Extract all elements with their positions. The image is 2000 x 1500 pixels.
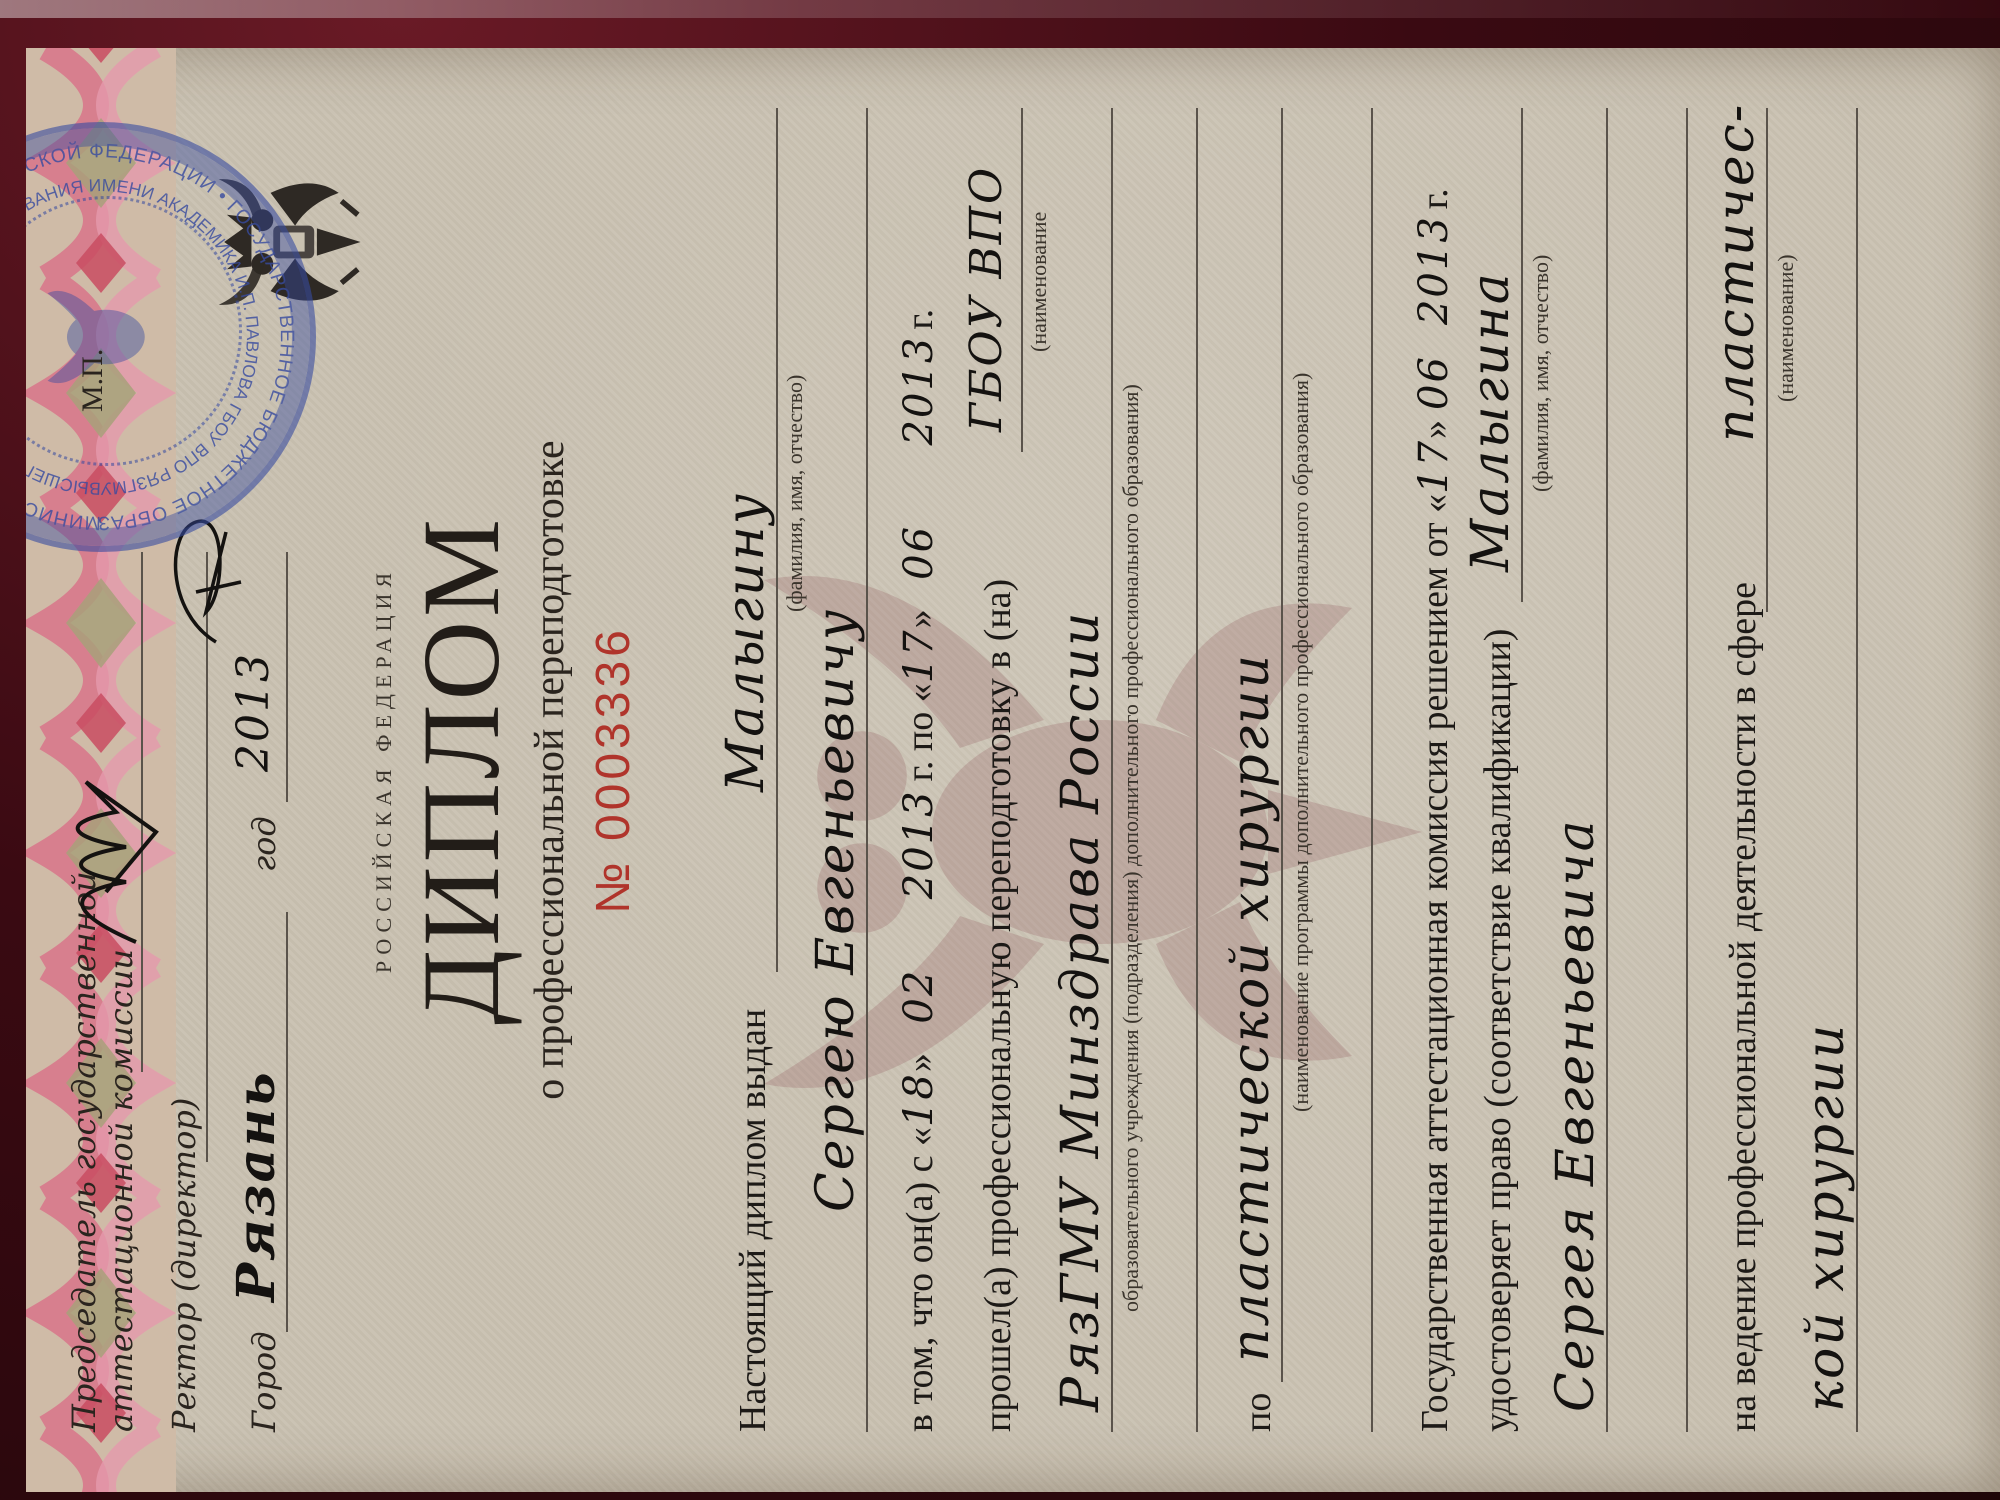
sphere-rule-1 (1766, 108, 1768, 612)
end-month: 06 (896, 525, 942, 580)
institution-line-1: ГБОУ ВПО (961, 166, 1012, 432)
chair-label-line-2: аттестационной комиссии (103, 871, 140, 1432)
signature-section: Председатель государственной аттестацион… (26, 48, 366, 1492)
holder-surname-rule (1521, 108, 1523, 602)
recipient-name: Сергею Евгеньевичу (806, 608, 866, 1212)
institution-caption-2: образовательного учреждения (подразделен… (1118, 384, 1144, 1312)
city-value: Рязань (226, 1070, 287, 1302)
program-caption: (наименование программы дополнительного … (1288, 373, 1314, 1112)
institution-rule-1 (1021, 108, 1023, 452)
commission-row: Государственная аттестационная комиссия … (1411, 108, 1457, 1432)
year-suffix: г. (899, 309, 941, 330)
document-title: ДИПЛОМ (406, 48, 516, 1492)
holder-name: Сергея Евгеньевича (1546, 818, 1606, 1412)
sphere-rule-2 (1856, 108, 1858, 1432)
institution-caption-1: (наименование (1026, 212, 1052, 352)
chair-signature-icon (46, 732, 166, 952)
cover-highlight (0, 0, 2000, 18)
blank-rule-1 (1196, 108, 1198, 1432)
decision-month: 06 (1411, 355, 1457, 410)
recipient-surname-rule (776, 108, 778, 972)
institution-rule-2 (1111, 108, 1113, 1432)
start-year: 2013 (896, 789, 942, 899)
diploma-sheet: РОССИЙСКАЯ ФЕДЕРАЦИЯ ДИПЛОМ о профессион… (26, 48, 2000, 1492)
country-label: РОССИЙСКАЯ ФЕДЕРАЦИЯ (371, 48, 397, 1492)
decision-year: 2013 (1411, 215, 1457, 325)
rector-label: Ректор (директор) (166, 1098, 203, 1432)
year-value: 2013 (228, 652, 279, 772)
document-subtitle: о профессиональной переподготовке (526, 48, 574, 1492)
official-stamp: МИНИСТЕРСТВО ЗДРАВООХРАНЕНИЯ РОССИЙСКОЙ … (26, 122, 316, 552)
sphere-line-1: пластичес- (1706, 103, 1766, 442)
recipient-name-rule (866, 108, 868, 1432)
chair-label: Председатель государственной аттестацион… (66, 871, 140, 1432)
chair-label-line-1: Председатель государственной (66, 871, 103, 1432)
program-name: пластической хирургии (1221, 653, 1281, 1362)
seal-label: М.П. (76, 349, 110, 412)
sphere-caption: (наименование) (1773, 254, 1799, 402)
activity-label: на ведение профессиональной деятельности… (1722, 582, 1764, 1432)
program-rule (1281, 108, 1283, 1382)
blank-rule-2 (1371, 108, 1373, 1432)
program-prefix: по (1237, 1393, 1279, 1432)
commission-label: Государственная аттестационная комиссия … (1414, 494, 1456, 1432)
recipient-surname: Малыгину (716, 492, 776, 792)
holder-caption: (фамилия, имя, отчество) (1528, 255, 1554, 492)
institution-line-2: РязГМУ Минздрава России (1051, 611, 1111, 1412)
certifies-label: удостоверяет право (соответствие квалифи… (1477, 629, 1519, 1432)
start-month: 02 (896, 969, 942, 1024)
serial-number: № 0003336 (586, 48, 641, 1492)
decision-day: 17 (1411, 439, 1457, 494)
period-row: в том, что он(а) с «18» 02 2013г. по «17… (896, 108, 942, 1432)
holder-surname: Малыгина (1461, 271, 1521, 572)
diploma-content: РОССИЙСКАЯ ФЕДЕРАЦИЯ ДИПЛОМ о профессион… (176, 48, 1976, 1492)
city-label: Город (246, 1332, 283, 1432)
start-day: 18 (896, 1072, 942, 1127)
year-rule (286, 552, 288, 802)
blank-rule-3 (1686, 108, 1688, 1432)
period-prefix: в том, что он(а) с « (899, 1127, 941, 1432)
retraining-label: прошел(а) профессиональную переподготовк… (977, 579, 1019, 1432)
sphere-line-2: кой хирургии (1796, 1023, 1856, 1412)
period-mid: г. по « (899, 683, 941, 781)
decision-year-suffix: г. (1414, 188, 1456, 209)
end-year: 2013 (896, 336, 942, 446)
issued-to-label: Настоящий диплом выдан (732, 1009, 774, 1432)
end-day: 17 (896, 628, 942, 683)
fio-caption: (фамилия, имя, отчество) (782, 375, 808, 612)
year-label: год (246, 816, 283, 872)
holder-name-rule (1606, 108, 1608, 1432)
